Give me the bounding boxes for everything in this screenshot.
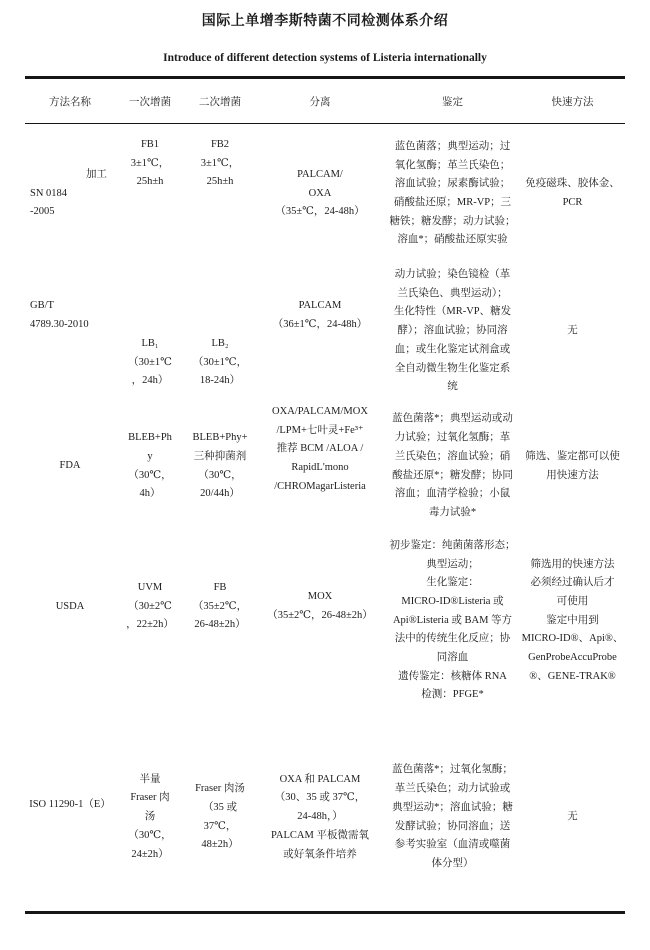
document-page: 国际上单增李斯特菌不同检测体系介绍 Introduce of different… xyxy=(0,0,650,950)
cell-separation: PALCAM （36±1℃，24-48h） xyxy=(255,264,385,399)
cell-rapid-method: 筛选用的快速方法 必须经过确认后才 可使用 鉴定中用到 MICRO-ID®、Ap… xyxy=(520,534,625,724)
cell-primary-enrichment: LB₁ （30±1℃ ，24h） xyxy=(115,264,185,399)
sample-type-label: 加工 xyxy=(25,166,115,185)
cell-identification: 蓝色菌落*；过氧化氢酶； 革兰氏染色；动力试验或 典型运动*；溶血试验；糖 发酵… xyxy=(385,724,520,911)
cell-identification: 蓝色菌落*；典型运动或动 力试验；过氧化氢酶；革 兰氏染色；溶血试验；硝 酸盐还… xyxy=(385,399,520,534)
cell-primary-enrichment: BLEB+Ph y （30℃， 4h） xyxy=(115,399,185,534)
cell-separation: MOX （35±2℃，26-48±2h） xyxy=(255,534,385,724)
cell-secondary-enrichment: FB （35±2℃， 26-48±2h） xyxy=(185,534,255,724)
cell-method-name: 加工 SN 0184 -2005 xyxy=(25,124,115,264)
header-separation: 分离 xyxy=(255,79,385,123)
header-rapid-method: 快速方法 xyxy=(520,79,625,123)
table-row-sn0184: 加工 SN 0184 -2005 FB1 3±1℃， 25h±h FB2 3±1… xyxy=(25,124,625,264)
cell-primary-enrichment: 半量 Fraser 肉 汤 （30℃， 24±2h） xyxy=(115,724,185,911)
cell-identification: 动力试验；染色镜检（革 兰氏染色、典型运动）； 生化特性（MR-VP、糖发 酵）… xyxy=(385,264,520,399)
detection-systems-table: 方法名称 一次增菌 二次增菌 分离 鉴定 快速方法 加工 SN 0184 -20… xyxy=(25,76,625,914)
cell-secondary-enrichment: FB2 3±1℃， 25h±h xyxy=(185,124,255,264)
table-header-row: 方法名称 一次增菌 二次增菌 分离 鉴定 快速方法 xyxy=(25,79,625,124)
header-identification: 鉴定 xyxy=(385,79,520,123)
cell-method-name: ISO 11290-1（E） xyxy=(25,724,115,911)
table-row-usda: USDA UVM （30±2℃ ，22±2h） FB （35±2℃， 26-48… xyxy=(25,534,625,724)
table-row-iso: ISO 11290-1（E） 半量 Fraser 肉 汤 （30℃， 24±2h… xyxy=(25,724,625,911)
cell-primary-enrichment: FB1 3±1℃， 25h±h xyxy=(115,124,185,264)
cell-secondary-enrichment: Fraser 肉汤 （35 或 37℃， 48±2h） xyxy=(185,724,255,911)
cell-rapid-method: 无 xyxy=(520,724,625,911)
table-row-fda: FDA BLEB+Ph y （30℃， 4h） BLEB+Phy+ 三种抑菌剂 … xyxy=(25,399,625,534)
cell-rapid-method: 筛选、鉴定都可以使 用快速方法 xyxy=(520,399,625,534)
header-primary-enrichment: 一次增菌 xyxy=(115,79,185,123)
cell-identification: 初步鉴定：纯菌菌落形态； 典型运动； 生化鉴定： MICRO-ID®Lister… xyxy=(385,534,520,724)
cell-identification: 蓝色菌落；典型运动；过 氧化氢酶；革兰氏染色； 溶血试验；尿素酶试验； 硝酸盐还… xyxy=(385,124,520,264)
header-secondary-enrichment: 二次增菌 xyxy=(185,79,255,123)
table-row-gbt: GB/T 4789.30-2010 LB₁ （30±1℃ ，24h） LB₂ （… xyxy=(25,264,625,399)
document-title-en: Introduce of different detection systems… xyxy=(0,52,650,64)
cell-rapid-method: 无 xyxy=(520,264,625,399)
cell-separation: PALCAM/ OXA （35±℃，24-48h） xyxy=(255,124,385,264)
document-title-cn: 国际上单增李斯特菌不同检测体系介绍 xyxy=(0,0,650,30)
cell-separation: OXA/PALCAM/MOX /LPM+七叶灵+Fe³⁺ 推荐 BCM /ALO… xyxy=(255,399,385,534)
cell-method-name: GB/T 4789.30-2010 xyxy=(25,264,115,399)
cell-separation: OXA 和 PALCAM （30、35 或 37℃， 24-48h，） PALC… xyxy=(255,724,385,911)
cell-secondary-enrichment: BLEB+Phy+ 三种抑菌剂 （30℃， 20/44h） xyxy=(185,399,255,534)
cell-primary-enrichment: UVM （30±2℃ ，22±2h） xyxy=(115,534,185,724)
header-method-name: 方法名称 xyxy=(25,79,115,123)
cell-method-name: FDA xyxy=(25,399,115,534)
cell-secondary-enrichment: LB₂ （30±1℃， 18-24h） xyxy=(185,264,255,399)
cell-rapid-method: 免疫磁珠、胶体金、 PCR xyxy=(520,124,625,264)
cell-method-name: USDA xyxy=(25,534,115,724)
method-name-text: SN 0184 -2005 xyxy=(25,185,115,222)
